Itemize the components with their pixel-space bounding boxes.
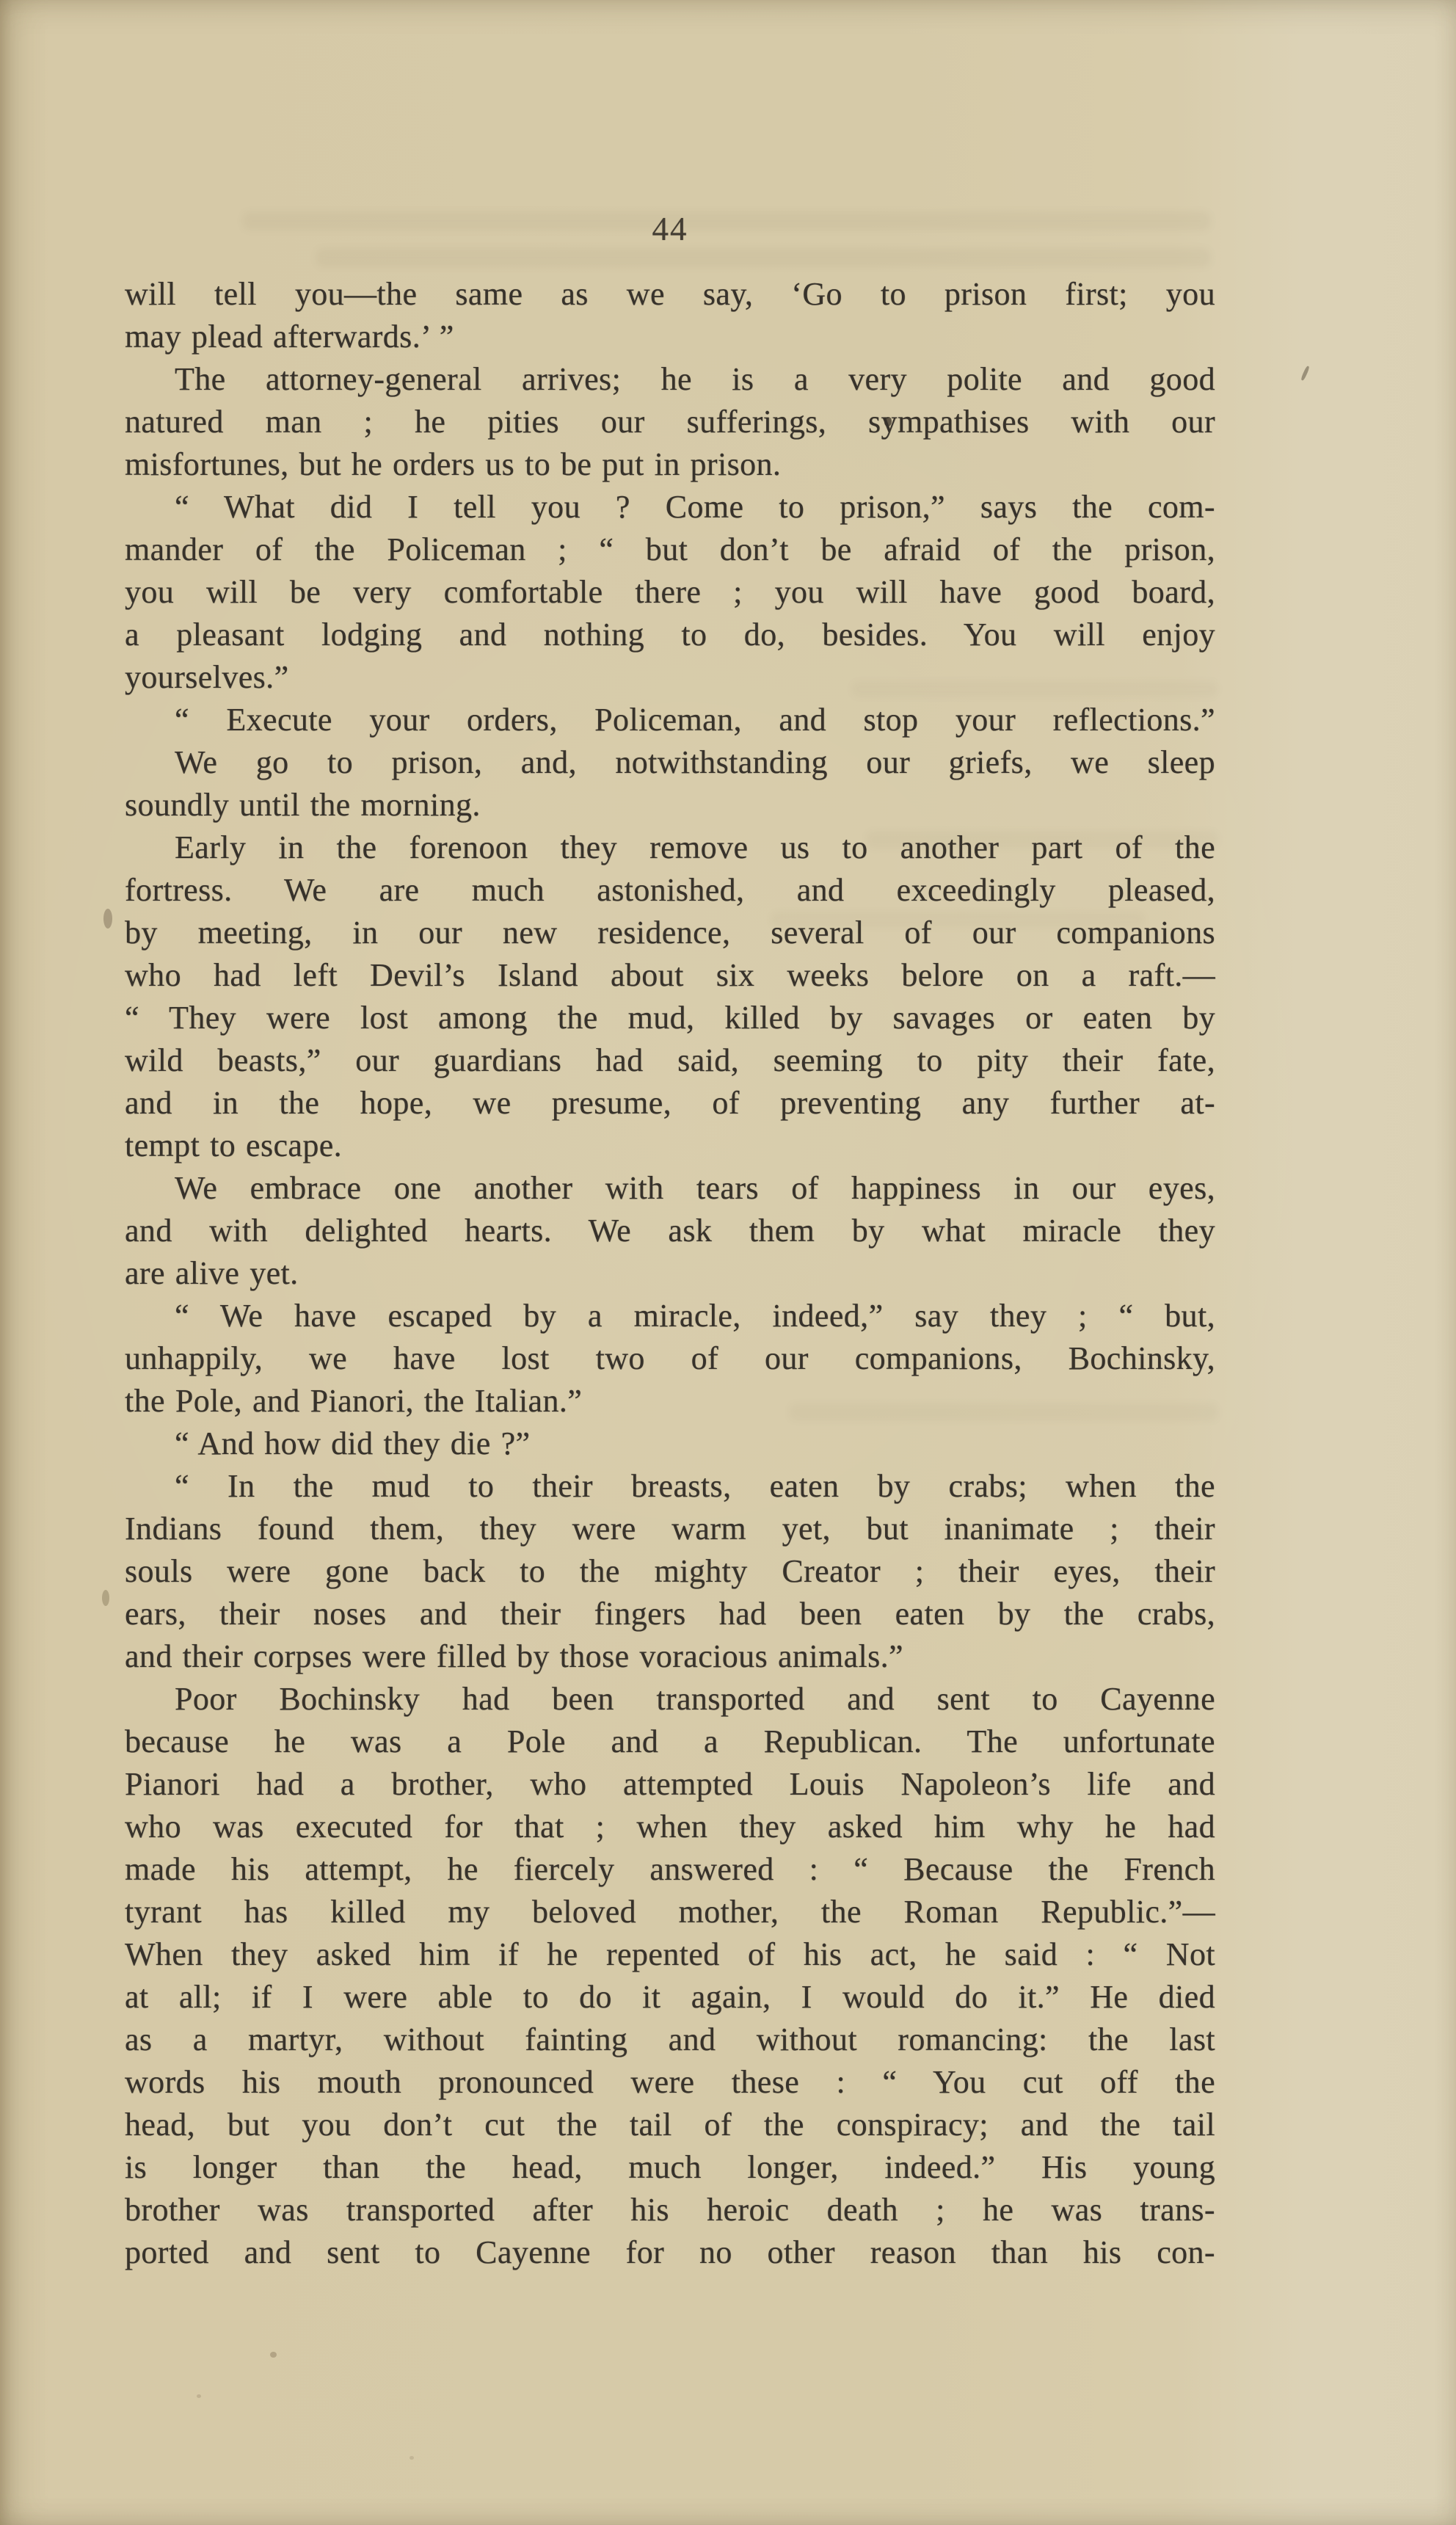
text-line: yourselves.” bbox=[125, 656, 1215, 699]
text-line: are alive yet. bbox=[125, 1252, 1215, 1295]
ink-speck bbox=[103, 909, 112, 929]
text-line: the Pole, and Pianori, the Italian.” bbox=[125, 1380, 1215, 1423]
text-line: misfortunes, but he orders us to be put … bbox=[125, 443, 1215, 486]
page-number: 44 bbox=[125, 210, 1215, 248]
text-line: and in the hope, we presume, of preventi… bbox=[125, 1082, 1215, 1125]
text-line: words his mouth pronounced were these : … bbox=[125, 2061, 1215, 2104]
ink-speck bbox=[1300, 366, 1310, 381]
text-line: tyrant has killed my beloved mother, the… bbox=[125, 1891, 1215, 1933]
text-line: you will be very comfortable there ; you… bbox=[125, 571, 1215, 614]
text-line: by meeting, in our new residence, severa… bbox=[125, 912, 1215, 954]
book-page: 44 will tell you—the same as we say, ‘Go… bbox=[0, 0, 1456, 2525]
text-line: Indians found them, they were warm yet, … bbox=[125, 1508, 1215, 1550]
text-line: and with delighted hearts. We ask them b… bbox=[125, 1210, 1215, 1252]
text-line: brother was transported after his heroic… bbox=[125, 2189, 1215, 2231]
text-line: is longer than the head, much longer, in… bbox=[125, 2146, 1215, 2189]
text-line: Poor Bochinsky had been transported and … bbox=[125, 1678, 1215, 1721]
text-line: and their corpses were filled by those v… bbox=[125, 1635, 1215, 1678]
text-line: head, but you don’t cut the tail of the … bbox=[125, 2104, 1215, 2146]
text-line: mander of the Policeman ; “ but don’t be… bbox=[125, 528, 1215, 571]
ink-speck bbox=[102, 1590, 109, 1606]
text-line: who had left Devil’s Island about six we… bbox=[125, 954, 1215, 997]
text-line: who was executed for that ; when they as… bbox=[125, 1806, 1215, 1848]
text-line: wild beasts,” our guardians had said, se… bbox=[125, 1039, 1215, 1082]
text-line: ears, their noses and their fingers had … bbox=[125, 1593, 1215, 1635]
text-line: We go to prison, and, notwithstanding ou… bbox=[125, 741, 1215, 784]
text-line: The attorney-general arrives; he is a ve… bbox=[125, 358, 1215, 401]
text-line: souls were gone back to the mighty Creat… bbox=[125, 1550, 1215, 1593]
text-line: may plead afterwards.’ ” bbox=[125, 316, 1215, 358]
text-line: natured man ; he pities our sufferings, … bbox=[125, 401, 1215, 443]
text-line: “ In the mud to their breasts, eaten by … bbox=[125, 1465, 1215, 1508]
text-line: ported and sent to Cayenne for no other … bbox=[125, 2231, 1215, 2274]
text-line: at all; if I were able to do it again, I… bbox=[125, 1976, 1215, 2019]
ink-speck bbox=[197, 2394, 201, 2398]
text-line: made his attempt, he fiercely answered :… bbox=[125, 1848, 1215, 1891]
text-line: tempt to escape. bbox=[125, 1125, 1215, 1167]
text-line: We embrace one another with tears of hap… bbox=[125, 1167, 1215, 1210]
text-line: fortress. We are much astonished, and ex… bbox=[125, 869, 1215, 912]
text-line: “ We have escaped by a miracle, indeed,”… bbox=[125, 1295, 1215, 1337]
text-line: Pianori had a brother, who attempted Lou… bbox=[125, 1763, 1215, 1806]
text-block: will tell you—the same as we say, ‘Go to… bbox=[125, 273, 1215, 2274]
text-line: soundly until the morning. bbox=[125, 784, 1215, 826]
text-line: Early in the forenoon they remove us to … bbox=[125, 826, 1215, 869]
showthrough-smudge bbox=[316, 248, 1211, 267]
text-line: When they asked him if he repented of hi… bbox=[125, 1933, 1215, 1976]
ink-speck bbox=[270, 2352, 277, 2358]
text-line: as a martyr, without fainting and withou… bbox=[125, 2019, 1215, 2061]
ink-speck bbox=[409, 2456, 414, 2460]
text-line: will tell you—the same as we say, ‘Go to… bbox=[125, 273, 1215, 316]
text-line: because he was a Pole and a Republican. … bbox=[125, 1721, 1215, 1763]
text-line: “ What did I tell you ? Come to prison,”… bbox=[125, 486, 1215, 528]
text-line: “ And how did they die ?” bbox=[125, 1423, 1215, 1465]
text-line: “ They were lost among the mud, killed b… bbox=[125, 997, 1215, 1039]
text-line: unhappily, we have lost two of our compa… bbox=[125, 1337, 1215, 1380]
text-line: a pleasant lodging and nothing to do, be… bbox=[125, 614, 1215, 656]
text-line: “ Execute your orders, Policeman, and st… bbox=[125, 699, 1215, 741]
